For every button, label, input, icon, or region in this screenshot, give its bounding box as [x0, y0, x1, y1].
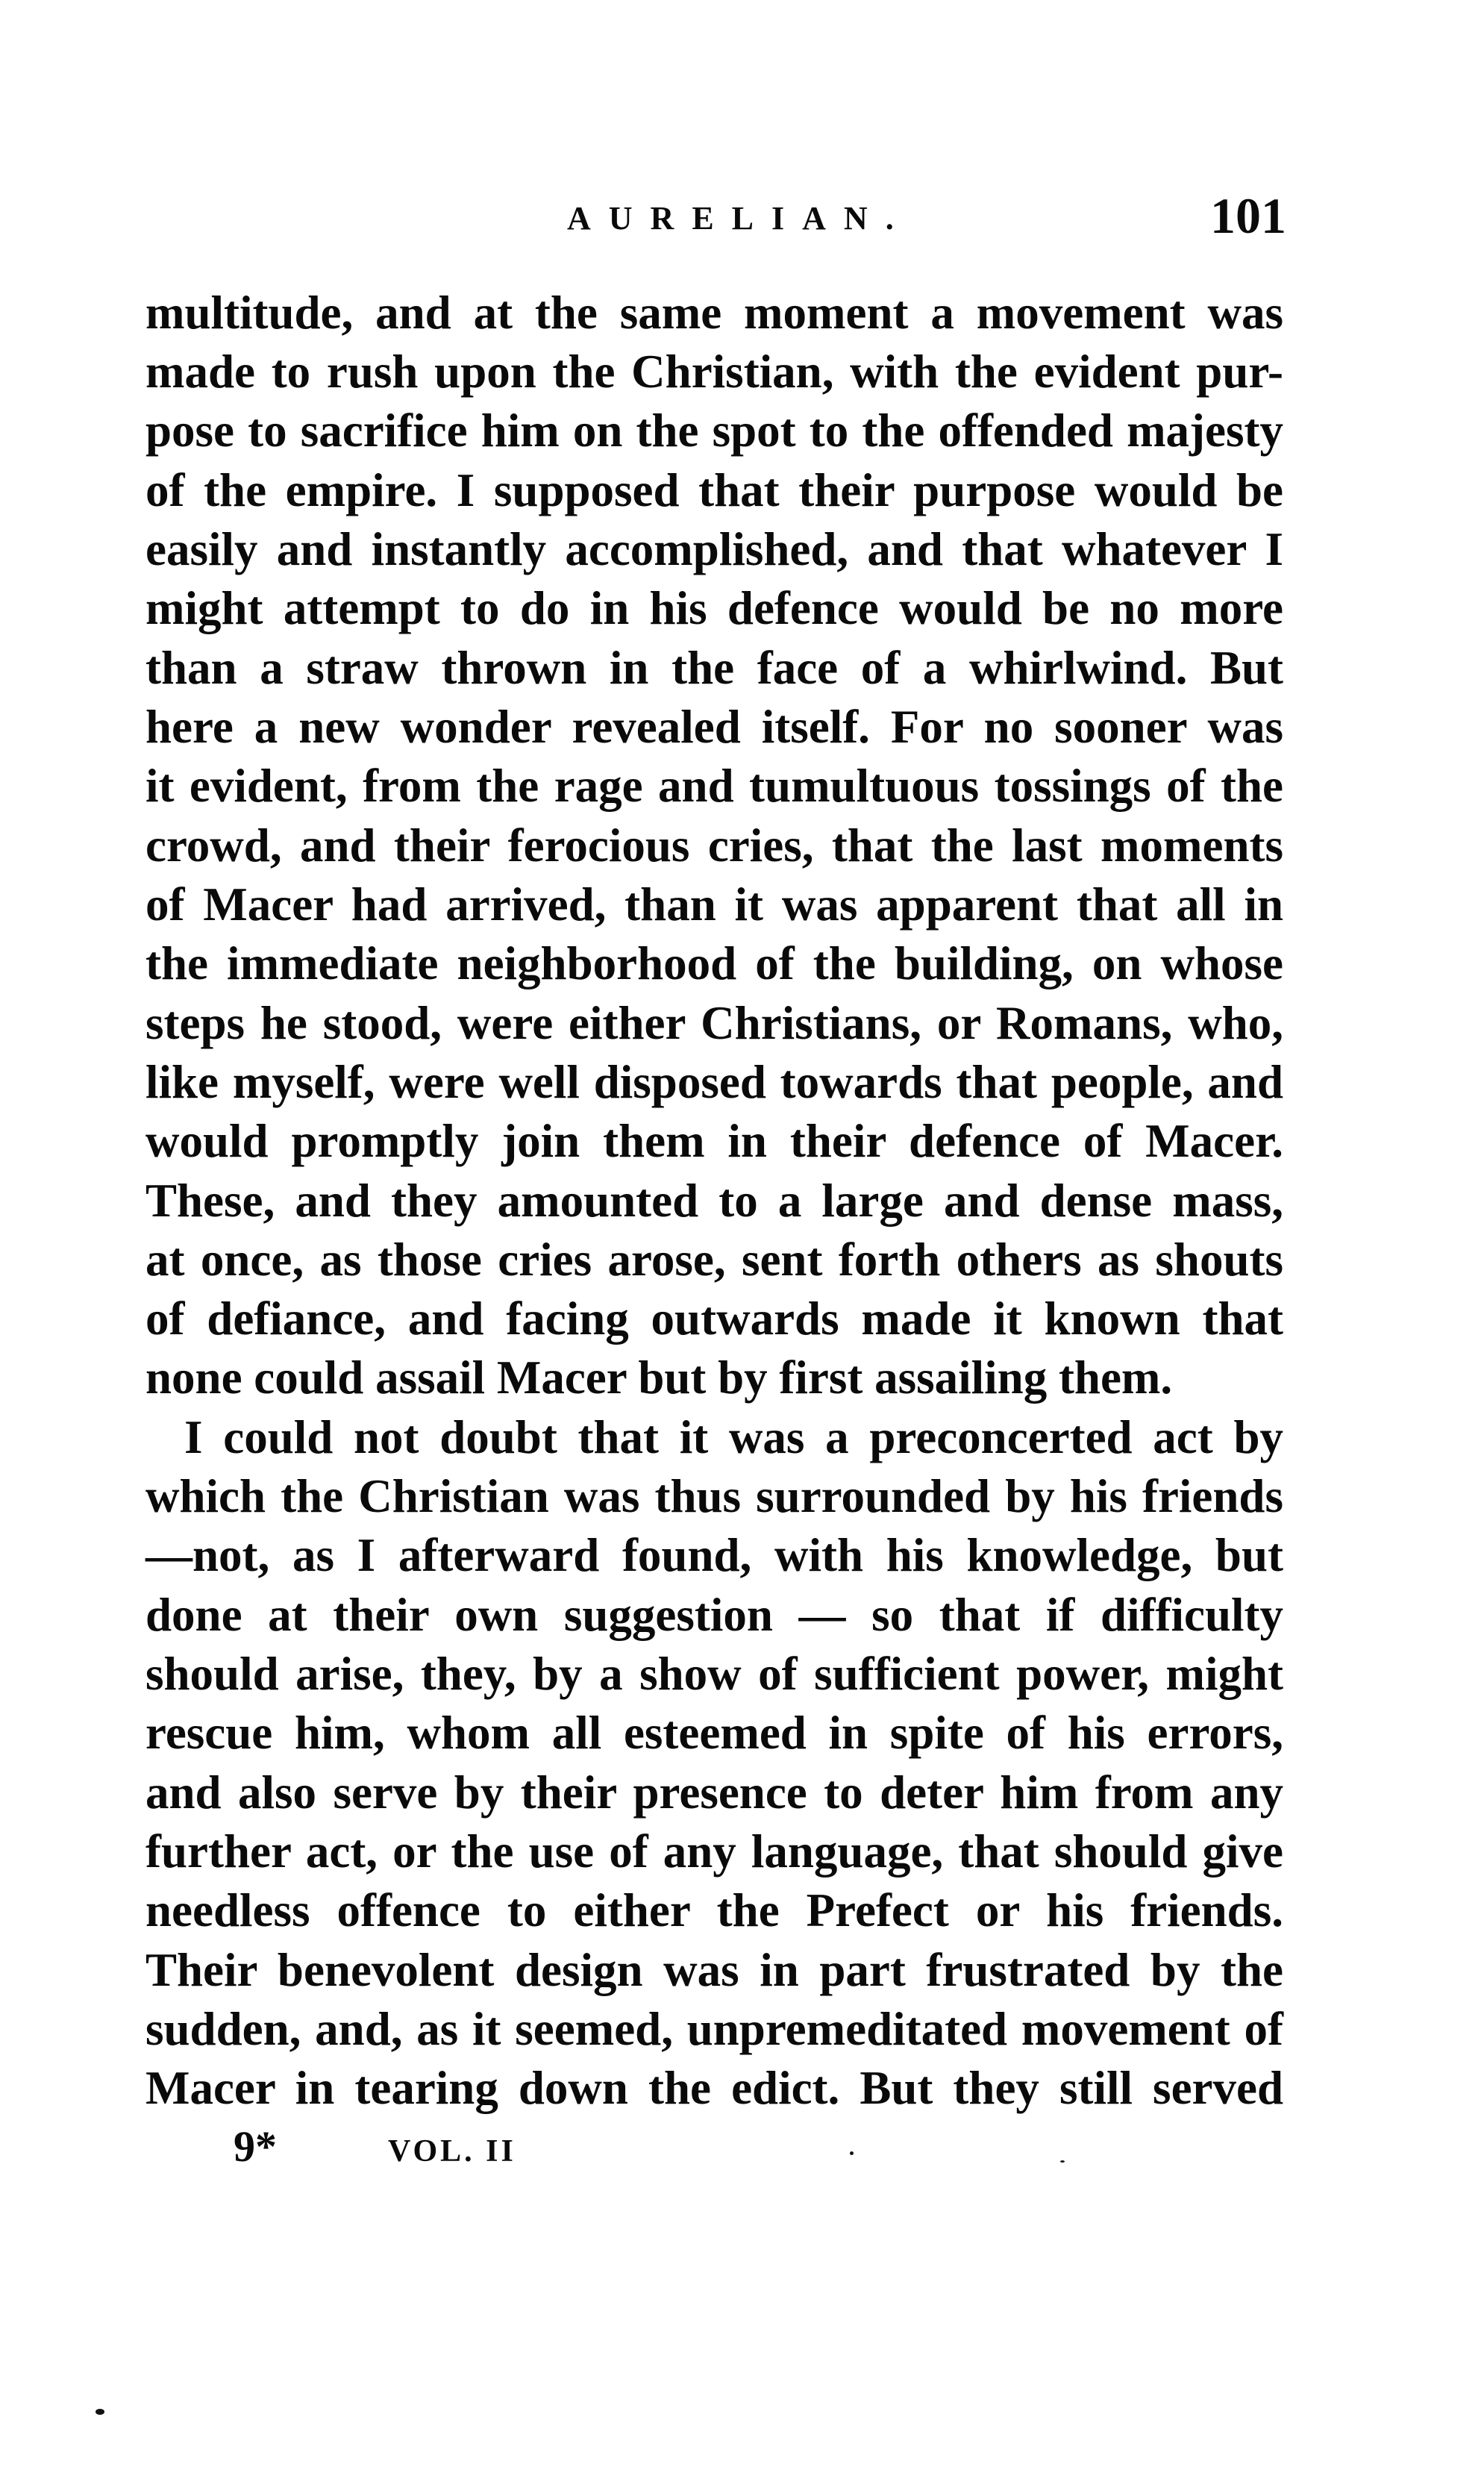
text-line: done at their own suggestion — so that i… [145, 1586, 1283, 1645]
text-line: of Macer had arrived, than it was appare… [145, 875, 1283, 934]
text-line: like myself, were well disposed towards … [145, 1053, 1283, 1112]
text-line: would promptly join them in their defenc… [145, 1112, 1283, 1171]
page-number: 101 [1210, 190, 1286, 242]
text-line: steps he stood, were either Christians, … [145, 994, 1283, 1053]
text-line: multitude, and at the same moment a move… [145, 284, 1283, 343]
scan-speck [96, 2409, 104, 2415]
text-line: than a straw thrown in the face of a whi… [145, 639, 1283, 698]
text-line: rescue him, whom all esteemed in spite o… [145, 1704, 1283, 1763]
text-line: it evident, from the rage and tumultuous… [145, 757, 1283, 816]
text-line: here a new wonder revealed itself. For n… [145, 698, 1283, 757]
volume-mark: VOL. II [388, 2133, 516, 2170]
text-line: made to rush upon the Christian, with th… [145, 343, 1283, 401]
text-line: needless offence to either the Prefect o… [145, 1881, 1283, 1940]
text-line: Macer in tearing down the edict. But the… [145, 2059, 1283, 2118]
text-line: further act, or the use of any language,… [145, 1822, 1283, 1881]
text-line-paragraph-end: none could assail Macer but by first ass… [145, 1348, 1283, 1407]
text-line: should arise, they, by a show of suffici… [145, 1645, 1283, 1704]
signature-mark: 9* [234, 2125, 277, 2169]
text-line: at once, as those cries arose, sent fort… [145, 1231, 1283, 1289]
text-line: These, and they amounted to a large and … [145, 1172, 1283, 1231]
text-line: sudden, and, as it seemed, unpremeditate… [145, 2000, 1283, 2059]
running-head-title: AURELIAN. [567, 200, 912, 237]
text-line: and also serve by their presence to dete… [145, 1763, 1283, 1822]
page-footer [0, 2127, 1484, 2179]
running-head: AURELIAN. 101 [0, 0, 1484, 254]
text-line: of the empire. I supposed that their pur… [145, 461, 1283, 520]
scan-speck [1060, 2160, 1065, 2163]
text-line-paragraph-start: I could not doubt that it was a preconce… [184, 1408, 1283, 1467]
text-line: crowd, and their ferocious cries, that t… [145, 816, 1283, 875]
text-line: pose to sacrifice him on the spot to the… [145, 401, 1283, 460]
text-line: might attempt to do in his defence would… [145, 579, 1283, 638]
text-line: the immediate neighborhood of the buildi… [145, 934, 1283, 993]
text-line: easily and instantly accomplished, and t… [145, 520, 1283, 579]
text-line: Their benevolent design was in part frus… [145, 1941, 1283, 2000]
text-line: —not, as I afterward found, with his kno… [145, 1526, 1283, 1585]
scan-speck [850, 2151, 854, 2155]
text-line: of defiance, and facing outwards made it… [145, 1289, 1283, 1348]
text-line: which the Christian was thus surrounded … [145, 1467, 1283, 1526]
